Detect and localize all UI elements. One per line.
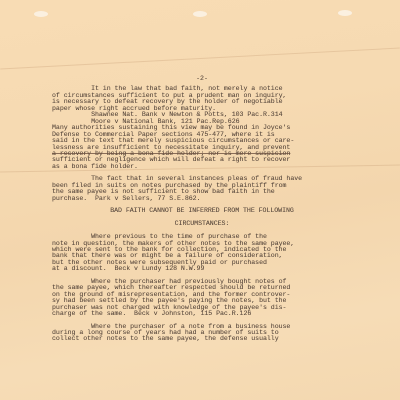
circumstance-3: Where the purchaser of a note from a bus… [52, 324, 352, 343]
punch-hole [34, 11, 48, 17]
text-line: at a discount. Beck v Lundy 128 N.W.99 [52, 266, 352, 272]
paragraph-fraud-pleas: The fact that in several instances pleas… [52, 176, 352, 202]
page-number: -2- [52, 76, 352, 82]
circumstance-2: Where the purchaser had previously bough… [52, 279, 352, 318]
punch-hole [338, 10, 352, 16]
text-line: charge of the same. Beck v Johnston, 115… [52, 311, 352, 317]
text-line: as a bona fide holder. [52, 164, 352, 170]
circumstance-1: Where previous to the time of purchase o… [52, 234, 352, 273]
paper-crease [0, 48, 400, 70]
punch-hole [193, 11, 207, 17]
text-line: purchase. Park v Sellers, 77 S.E.862. [52, 196, 352, 202]
text-line: collect other notes to the same payee, t… [52, 336, 352, 342]
paragraph-bad-faith-rule: It in the law that bad faith, not merely… [52, 86, 352, 170]
section-heading: BAD FAITH CANNOT BE INFERRED FROM THE FO… [52, 208, 352, 227]
heading-line: BAD FAITH CANNOT BE INFERRED FROM THE FO… [52, 208, 352, 214]
typewritten-page: -2- It in the law that bad faith, not me… [52, 76, 352, 349]
heading-line: CIRCUMSTANCES: [52, 221, 352, 227]
